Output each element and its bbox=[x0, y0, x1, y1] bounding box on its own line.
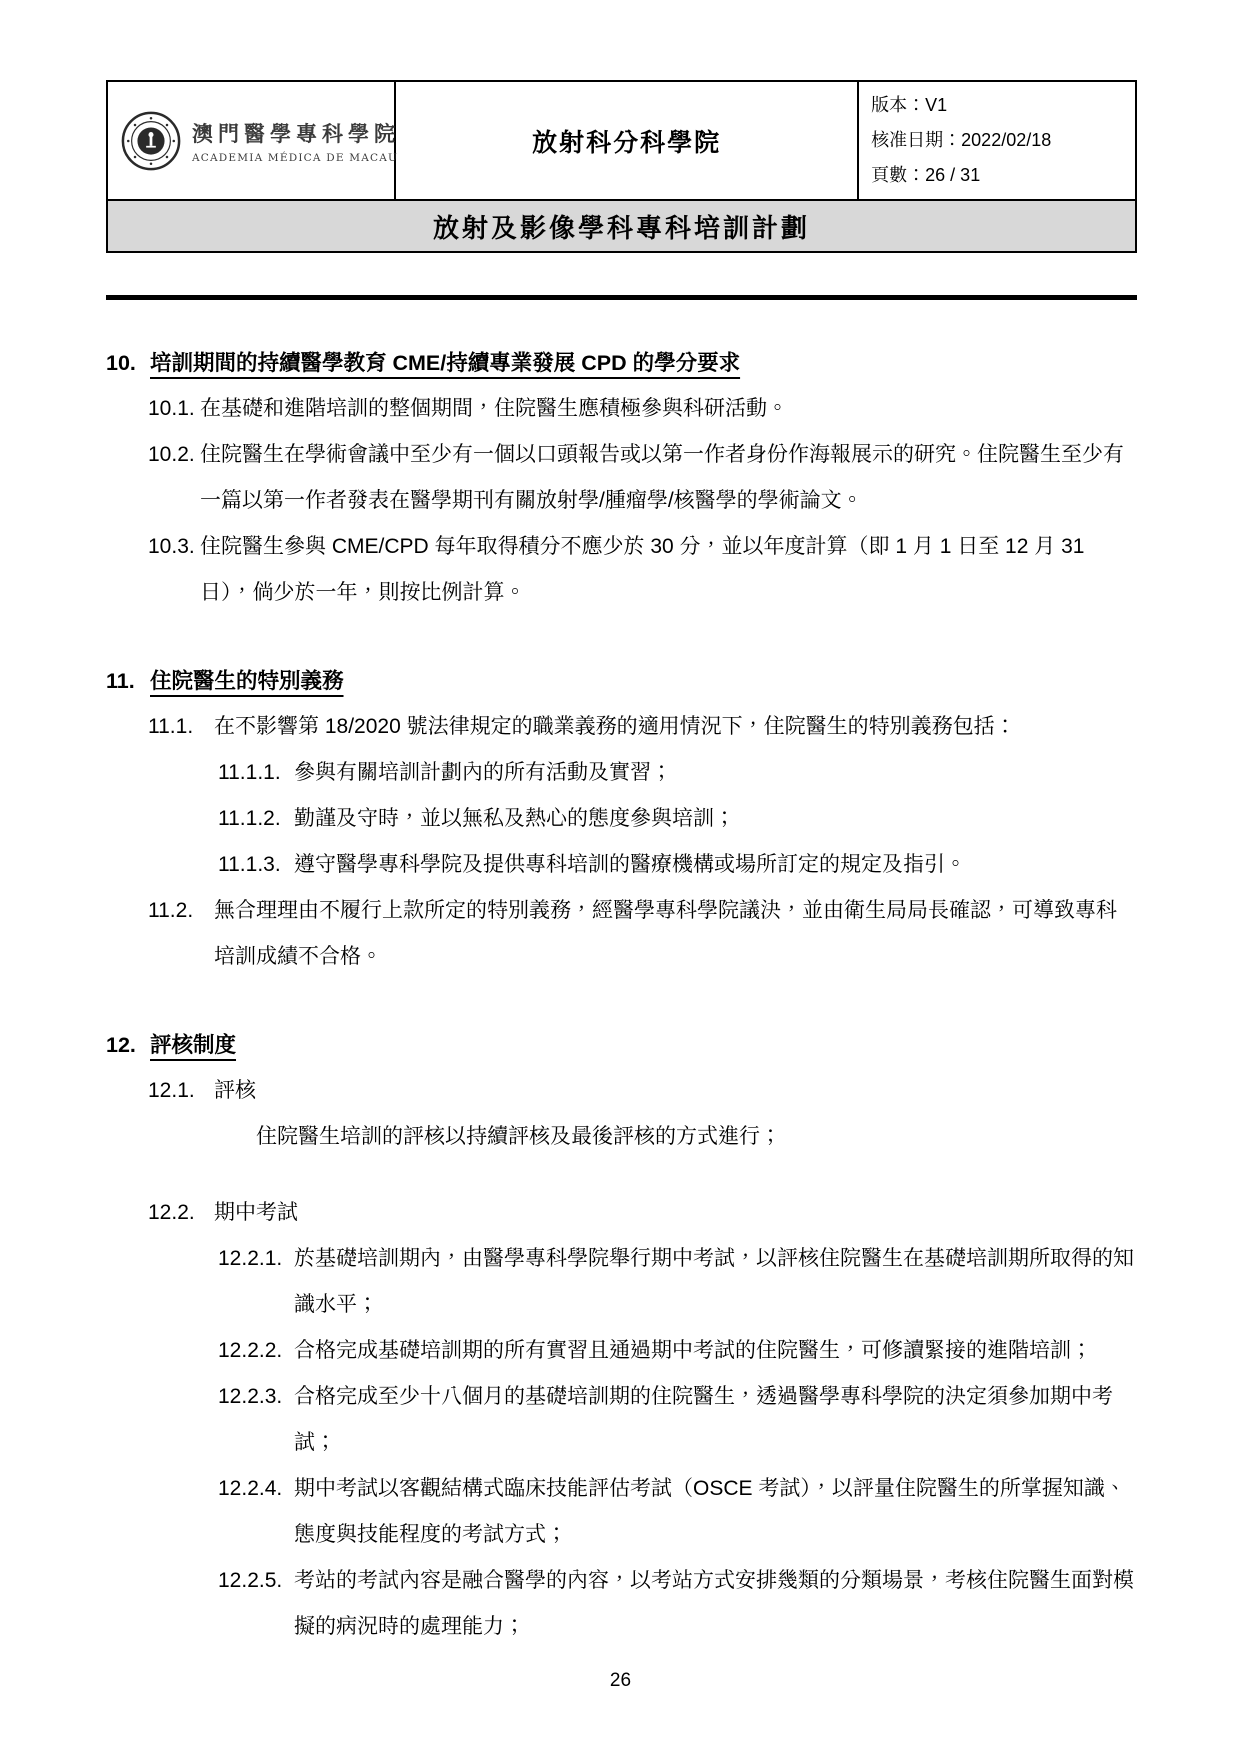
item-11-1-1: 11.1.1. 參與有關培訓計劃內的所有活動及實習； bbox=[106, 750, 1137, 796]
header-meta-cell: 版本：V1 核准日期：2022/02/18 頁數：26 / 31 bbox=[858, 81, 1136, 200]
document-body: 10. 培訓期間的持續醫學教育 CME/持續專業發展 CPD 的學分要求 10.… bbox=[106, 340, 1137, 1650]
document-title-banner: 放射及影像學科專科培訓計劃 bbox=[107, 200, 1136, 252]
section-12: 12. 評核制度 12.1. 評核 住院醫生培訓的評核以持續評核及最後評核的方式… bbox=[106, 1022, 1137, 1650]
approval-date-line: 核准日期：2022/02/18 bbox=[871, 123, 1135, 158]
section-11-heading: 11. 住院醫生的特別義務 bbox=[106, 658, 1137, 704]
section-11: 11. 住院醫生的特別義務 11.1. 在不影響第 18/2020 號法律規定的… bbox=[106, 658, 1137, 980]
item-number: 12.2.3. bbox=[218, 1374, 294, 1420]
item-10-1: 10.1. 在基礎和進階培訓的整個期間，住院醫生應積極參與科研活動。 bbox=[106, 386, 1137, 432]
item-number: 12.2. bbox=[148, 1190, 214, 1236]
item-12-2-4: 12.2.4. 期中考試以客觀結構式臨床技能評估考試（OSCE 考試），以評量住… bbox=[106, 1466, 1137, 1558]
item-text: 在基礎和進階培訓的整個期間，住院醫生應積極參與科研活動。 bbox=[200, 386, 1137, 432]
item-11-1: 11.1. 在不影響第 18/2020 號法律規定的職業義務的適用情況下，住院醫… bbox=[106, 704, 1137, 750]
item-text: 期中考試以客觀結構式臨床技能評估考試（OSCE 考試），以評量住院醫生的所掌握知… bbox=[294, 1466, 1137, 1558]
item-12-2: 12.2. 期中考試 bbox=[106, 1190, 1137, 1236]
item-number: 11.1. bbox=[148, 704, 214, 750]
item-number: 12.2.2. bbox=[218, 1328, 294, 1374]
header-college-cell: 放射科分科學院 bbox=[395, 81, 858, 200]
item-text: 考站的考試內容是融合醫學的內容，以考站方式安排幾類的分類場景，考核住院醫生面對模… bbox=[294, 1558, 1137, 1650]
page-footer: 26 bbox=[0, 1670, 1241, 1692]
item-text: 參與有關培訓計劃內的所有活動及實習； bbox=[294, 750, 1137, 796]
item-number: 11.1.2. bbox=[218, 796, 294, 842]
item-10-3: 10.3. 住院醫生參與 CME/CPD 每年取得積分不應少於 30 分，並以年… bbox=[106, 524, 1137, 616]
college-title: 放射科分科學院 bbox=[396, 123, 857, 159]
item-text: 住院醫生參與 CME/CPD 每年取得積分不應少於 30 分，並以年度計算（即 … bbox=[200, 524, 1137, 616]
item-text: 期中考試 bbox=[214, 1190, 1137, 1236]
item-number: 11.2. bbox=[148, 888, 214, 934]
header-divider bbox=[106, 295, 1137, 300]
version-line: 版本：V1 bbox=[871, 88, 1135, 123]
item-text: 於基礎培訓期內，由醫學專科學院舉行期中考試，以評核住院醫生在基礎培訓期所取得的知… bbox=[294, 1236, 1137, 1328]
academy-seal-icon bbox=[120, 110, 182, 172]
header-logo-cell: 澳門醫學專科學院 ACADEMIA MÉDICA DE MACAU bbox=[107, 81, 395, 200]
item-11-1-3: 11.1.3. 遵守醫學專科學院及提供專科培訓的醫療機構或場所訂定的規定及指引。 bbox=[106, 842, 1137, 888]
item-12-2-2: 12.2.2. 合格完成基礎培訓期的所有實習且通過期中考試的住院醫生，可修讀緊接… bbox=[106, 1328, 1137, 1374]
section-10-number: 10. bbox=[106, 340, 150, 386]
item-number: 11.1.1. bbox=[218, 750, 294, 796]
item-12-1: 12.1. 評核 bbox=[106, 1068, 1137, 1114]
logo-chinese-name: 澳門醫學專科學院 bbox=[192, 118, 400, 148]
item-text: 在不影響第 18/2020 號法律規定的職業義務的適用情況下，住院醫生的特別義務… bbox=[214, 704, 1137, 750]
section-12-heading: 12. 評核制度 bbox=[106, 1022, 1137, 1068]
item-12-2-5: 12.2.5. 考站的考試內容是融合醫學的內容，以考站方式安排幾類的分類場景，考… bbox=[106, 1558, 1137, 1650]
item-11-1-2: 11.1.2. 勤謹及守時，並以無私及熱心的態度參與培訓； bbox=[106, 796, 1137, 842]
item-text: 勤謹及守時，並以無私及熱心的態度參與培訓； bbox=[294, 796, 1137, 842]
item-number: 10.1. bbox=[148, 386, 200, 432]
item-text: 合格完成至少十八個月的基礎培訓期的住院醫生，透過醫學專科學院的決定須參加期中考試… bbox=[294, 1374, 1137, 1466]
section-12-number: 12. bbox=[106, 1022, 150, 1068]
section-10-title: 培訓期間的持續醫學教育 CME/持續專業發展 CPD 的學分要求 bbox=[150, 340, 740, 386]
section-11-title: 住院醫生的特別義務 bbox=[150, 658, 344, 704]
page-number: 26 bbox=[610, 1670, 631, 1691]
document-header: 澳門醫學專科學院 ACADEMIA MÉDICA DE MACAU 放射科分科學… bbox=[106, 80, 1137, 253]
item-12-1-body: 住院醫生培訓的評核以持續評核及最後評核的方式進行； bbox=[106, 1114, 1137, 1160]
page-count-line: 頁數：26 / 31 bbox=[871, 158, 1135, 193]
item-text: 評核 bbox=[214, 1068, 1137, 1114]
organization-logo: 澳門醫學專科學院 ACADEMIA MÉDICA DE MACAU bbox=[112, 110, 390, 172]
section-12-title: 評核制度 bbox=[150, 1022, 236, 1068]
logo-latin-name: ACADEMIA MÉDICA DE MACAU bbox=[192, 152, 400, 164]
section-10-heading: 10. 培訓期間的持續醫學教育 CME/持續專業發展 CPD 的學分要求 bbox=[106, 340, 1137, 386]
item-11-2: 11.2. 無合理理由不履行上款所定的特別義務，經醫學專科學院議決，並由衛生局局… bbox=[106, 888, 1137, 980]
item-number: 10.3. bbox=[148, 524, 200, 570]
item-12-2-1: 12.2.1. 於基礎培訓期內，由醫學專科學院舉行期中考試，以評核住院醫生在基礎… bbox=[106, 1236, 1137, 1328]
item-12-2-3: 12.2.3. 合格完成至少十八個月的基礎培訓期的住院醫生，透過醫學專科學院的決… bbox=[106, 1374, 1137, 1466]
item-number: 12.2.4. bbox=[218, 1466, 294, 1512]
document-title: 放射及影像學科專科培訓計劃 bbox=[108, 208, 1135, 245]
item-text: 遵守醫學專科學院及提供專科培訓的醫療機構或場所訂定的規定及指引。 bbox=[294, 842, 1137, 888]
item-number: 12.2.5. bbox=[218, 1558, 294, 1604]
item-number: 11.1.3. bbox=[218, 842, 294, 888]
section-10: 10. 培訓期間的持續醫學教育 CME/持續專業發展 CPD 的學分要求 10.… bbox=[106, 340, 1137, 616]
item-number: 12.2.1. bbox=[218, 1236, 294, 1282]
section-11-number: 11. bbox=[106, 658, 150, 704]
item-10-2: 10.2. 住院醫生在學術會議中至少有一個以口頭報告或以第一作者身份作海報展示的… bbox=[106, 432, 1137, 524]
item-text: 住院醫生在學術會議中至少有一個以口頭報告或以第一作者身份作海報展示的研究。住院醫… bbox=[200, 432, 1137, 524]
document-page: 澳門醫學專科學院 ACADEMIA MÉDICA DE MACAU 放射科分科學… bbox=[0, 0, 1241, 1754]
item-number: 12.1. bbox=[148, 1068, 214, 1114]
item-text: 合格完成基礎培訓期的所有實習且通過期中考試的住院醫生，可修讀緊接的進階培訓； bbox=[294, 1328, 1137, 1374]
item-text: 無合理理由不履行上款所定的特別義務，經醫學專科學院議決，並由衛生局局長確認，可導… bbox=[214, 888, 1137, 980]
logo-text: 澳門醫學專科學院 ACADEMIA MÉDICA DE MACAU bbox=[192, 118, 400, 164]
item-number: 10.2. bbox=[148, 432, 200, 478]
